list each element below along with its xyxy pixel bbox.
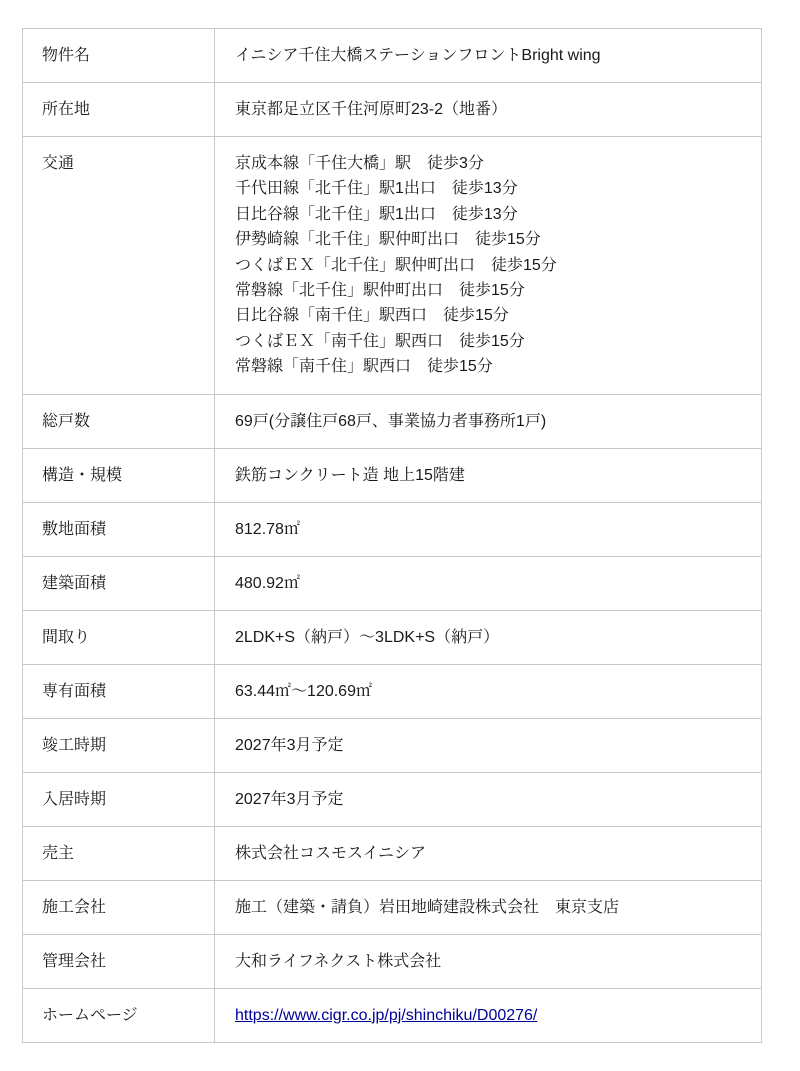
row-value: 京成本線「千住大橋」駅 徒歩3分千代田線「北千住」駅1出口 徒歩13分日比谷線「… [215,137,762,395]
transport-line: 日比谷線「南千住」駅西口 徒歩15分 [235,303,741,328]
transport-line: 京成本線「千住大橋」駅 徒歩3分 [235,151,741,176]
row-label: 総戸数 [23,394,215,448]
row-value: 施工（建築・請負）岩田地崎建設株式会社 東京支店 [215,880,762,934]
table-row: 敷地面積812.78㎡ [23,502,762,556]
table-row: 施工会社施工（建築・請負）岩田地崎建設株式会社 東京支店 [23,880,762,934]
row-value: 2027年3月予定 [215,718,762,772]
table-row: 交通京成本線「千住大橋」駅 徒歩3分千代田線「北千住」駅1出口 徒歩13分日比谷… [23,137,762,395]
row-label: 竣工時期 [23,718,215,772]
row-label: 入居時期 [23,772,215,826]
table-row: 専有面積63.44㎡～120.69㎡ [23,664,762,718]
table-row: 総戸数69戸(分譲住戸68戸、事業協力者事務所1戸) [23,394,762,448]
row-label: 物件名 [23,29,215,83]
table-row: 竣工時期2027年3月予定 [23,718,762,772]
table-row: 構造・規模鉄筋コンクリート造 地上15階建 [23,448,762,502]
homepage-link[interactable]: https://www.cigr.co.jp/pj/shinchiku/D002… [235,1007,537,1024]
table-row: 所在地東京都足立区千住河原町23-2（地番） [23,83,762,137]
row-label: 間取り [23,610,215,664]
row-label: 構造・規模 [23,448,215,502]
table-row: 入居時期2027年3月予定 [23,772,762,826]
row-value: 大和ライフネクスト株式会社 [215,934,762,988]
row-value: 2LDK+S（納戸）～3LDK+S（納戸） [215,610,762,664]
property-details-page: { "page": { "background_color": "#ffffff… [0,0,800,1071]
table-row: 物件名イニシア千住大橋ステーションフロントBright wing [23,29,762,83]
table-row: 管理会社大和ライフネクスト株式会社 [23,934,762,988]
row-label: 管理会社 [23,934,215,988]
transport-line: 常磐線「北千住」駅仲町出口 徒歩15分 [235,278,741,303]
table-row: 売主株式会社コスモスイニシア [23,826,762,880]
row-label: 専有面積 [23,664,215,718]
transport-line: 日比谷線「北千住」駅1出口 徒歩13分 [235,202,741,227]
row-label: ホームページ [23,988,215,1042]
row-value: 812.78㎡ [215,502,762,556]
row-value: https://www.cigr.co.jp/pj/shinchiku/D002… [215,988,762,1042]
transport-line: 常磐線「南千住」駅西口 徒歩15分 [235,354,741,379]
property-spec-table: 物件名イニシア千住大橋ステーションフロントBright wing所在地東京都足立… [22,28,762,1043]
row-value: イニシア千住大橋ステーションフロントBright wing [215,29,762,83]
row-label: 売主 [23,826,215,880]
transport-line: つくばＥＸ「北千住」駅仲町出口 徒歩15分 [235,253,741,278]
row-value: 鉄筋コンクリート造 地上15階建 [215,448,762,502]
row-value: 株式会社コスモスイニシア [215,826,762,880]
transport-line: つくばＥＸ「南千住」駅西口 徒歩15分 [235,329,741,354]
row-label: 建築面積 [23,556,215,610]
table-row: ホームページhttps://www.cigr.co.jp/pj/shinchik… [23,988,762,1042]
table-row: 間取り2LDK+S（納戸）～3LDK+S（納戸） [23,610,762,664]
row-value: 69戸(分譲住戸68戸、事業協力者事務所1戸) [215,394,762,448]
row-value: 東京都足立区千住河原町23-2（地番） [215,83,762,137]
row-label: 施工会社 [23,880,215,934]
row-label: 交通 [23,137,215,395]
table-row: 建築面積480.92㎡ [23,556,762,610]
property-spec-table-body: 物件名イニシア千住大橋ステーションフロントBright wing所在地東京都足立… [23,29,762,1043]
row-value: 480.92㎡ [215,556,762,610]
row-label: 敷地面積 [23,502,215,556]
row-value: 2027年3月予定 [215,772,762,826]
row-value: 63.44㎡～120.69㎡ [215,664,762,718]
row-label: 所在地 [23,83,215,137]
transport-line: 千代田線「北千住」駅1出口 徒歩13分 [235,176,741,201]
transport-line: 伊勢崎線「北千住」駅仲町出口 徒歩15分 [235,227,741,252]
